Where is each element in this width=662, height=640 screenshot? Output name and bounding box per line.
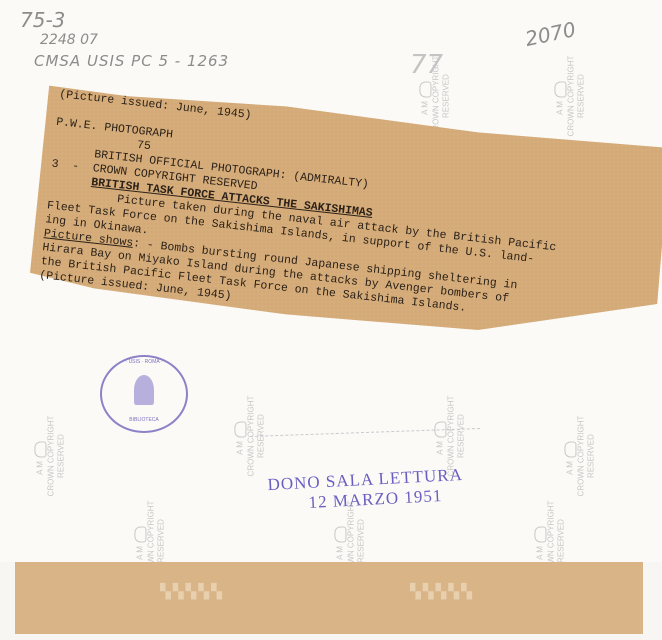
crown-copyright-watermark: A MCROWN COPYRIGHTRESERVED xyxy=(419,56,451,137)
crown-icon xyxy=(419,81,431,97)
photo-number: 75 xyxy=(136,139,151,153)
donation-stamp: DONO SALA LETTURA 12 MARZO 1951 xyxy=(267,465,464,515)
crown-copyright-watermark: A MCROWN COPYRIGHTRESERVED xyxy=(554,56,586,137)
item-number: 3 - xyxy=(51,158,80,174)
stamp-bottom-text: BIBLIOTECA xyxy=(106,417,182,423)
crown-icon xyxy=(564,441,576,457)
crown-icon xyxy=(34,441,46,457)
bell-emblem-icon xyxy=(134,375,154,405)
crown-copyright-watermark: A MCROWN COPYRIGHTRESERVED xyxy=(564,416,596,497)
cardboard-backing xyxy=(15,562,643,634)
crown-copyright-watermark: A MCROWN COPYRIGHTRESERVED xyxy=(34,416,66,497)
handwritten-ref-2: 2248 07 xyxy=(40,32,98,48)
crown-icon xyxy=(334,526,346,542)
crown-icon xyxy=(534,526,546,542)
castle-watermark-icon: ▚▚▚▚▚ xyxy=(160,584,224,600)
handwritten-ref-3: CMSA USIS PC 5 - 1263 xyxy=(34,52,229,70)
handwritten-ref-4: 2070 xyxy=(523,17,578,51)
pwe-line: P.W.E. PHOTOGRAPH xyxy=(56,116,174,142)
handwritten-ref-1: 75-3 xyxy=(20,8,65,32)
crown-icon xyxy=(554,81,566,97)
stamp-top-text: · USIS · ROMA · xyxy=(106,359,182,365)
crown-icon xyxy=(134,526,146,542)
library-stamp: · USIS · ROMA · BIBLIOTECA xyxy=(100,355,188,433)
crown-icon xyxy=(234,421,246,437)
castle-watermark-icon: ▚▚▚▚▚ xyxy=(410,584,474,600)
